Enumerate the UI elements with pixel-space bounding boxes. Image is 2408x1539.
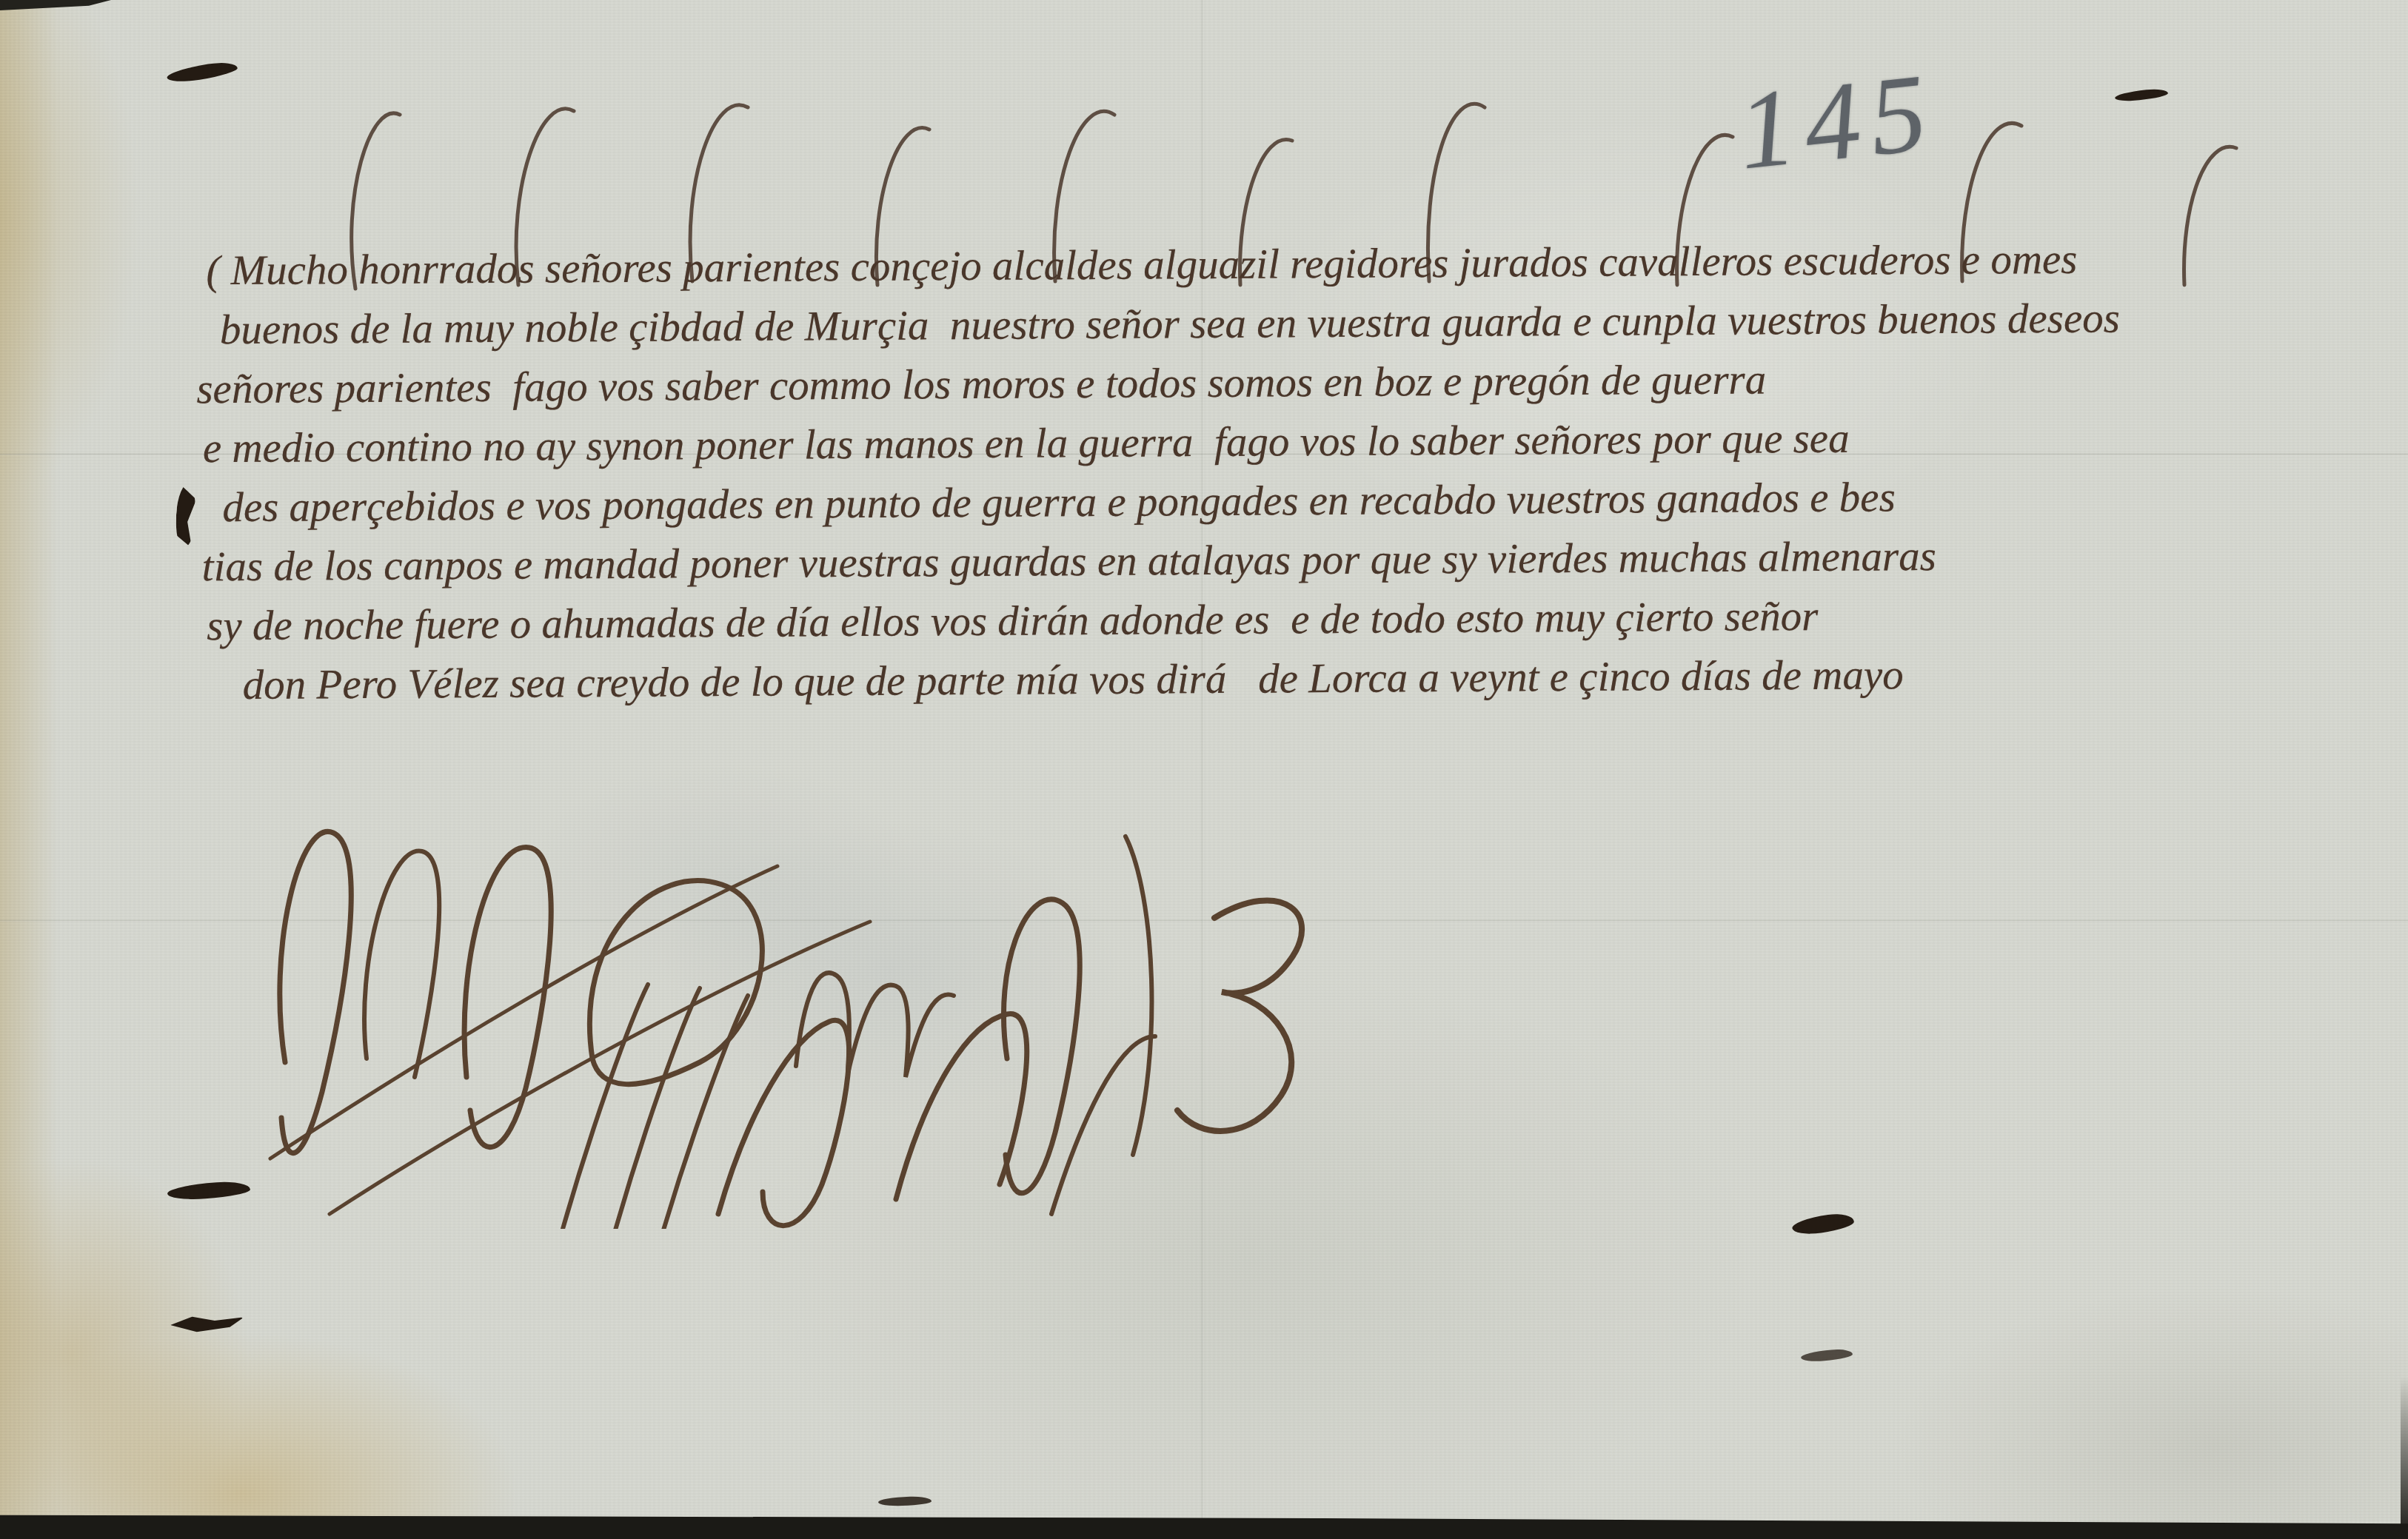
letter-line: tias de los canpos e mandad poner vuestr… bbox=[202, 526, 2238, 597]
scan-edge-right bbox=[2401, 1376, 2408, 1539]
letter-line: buenos de la muy noble çibdad de Murçia … bbox=[220, 289, 2237, 361]
fold-crease bbox=[0, 919, 2408, 922]
fold-crease bbox=[1201, 0, 1203, 1539]
letter-line: don Pero Vélez sea creydo de lo que de p… bbox=[242, 644, 2238, 715]
page-number: 145 bbox=[1733, 48, 1943, 195]
letter-body: ( Mucho honrrados señores parientes conç… bbox=[193, 229, 2239, 716]
